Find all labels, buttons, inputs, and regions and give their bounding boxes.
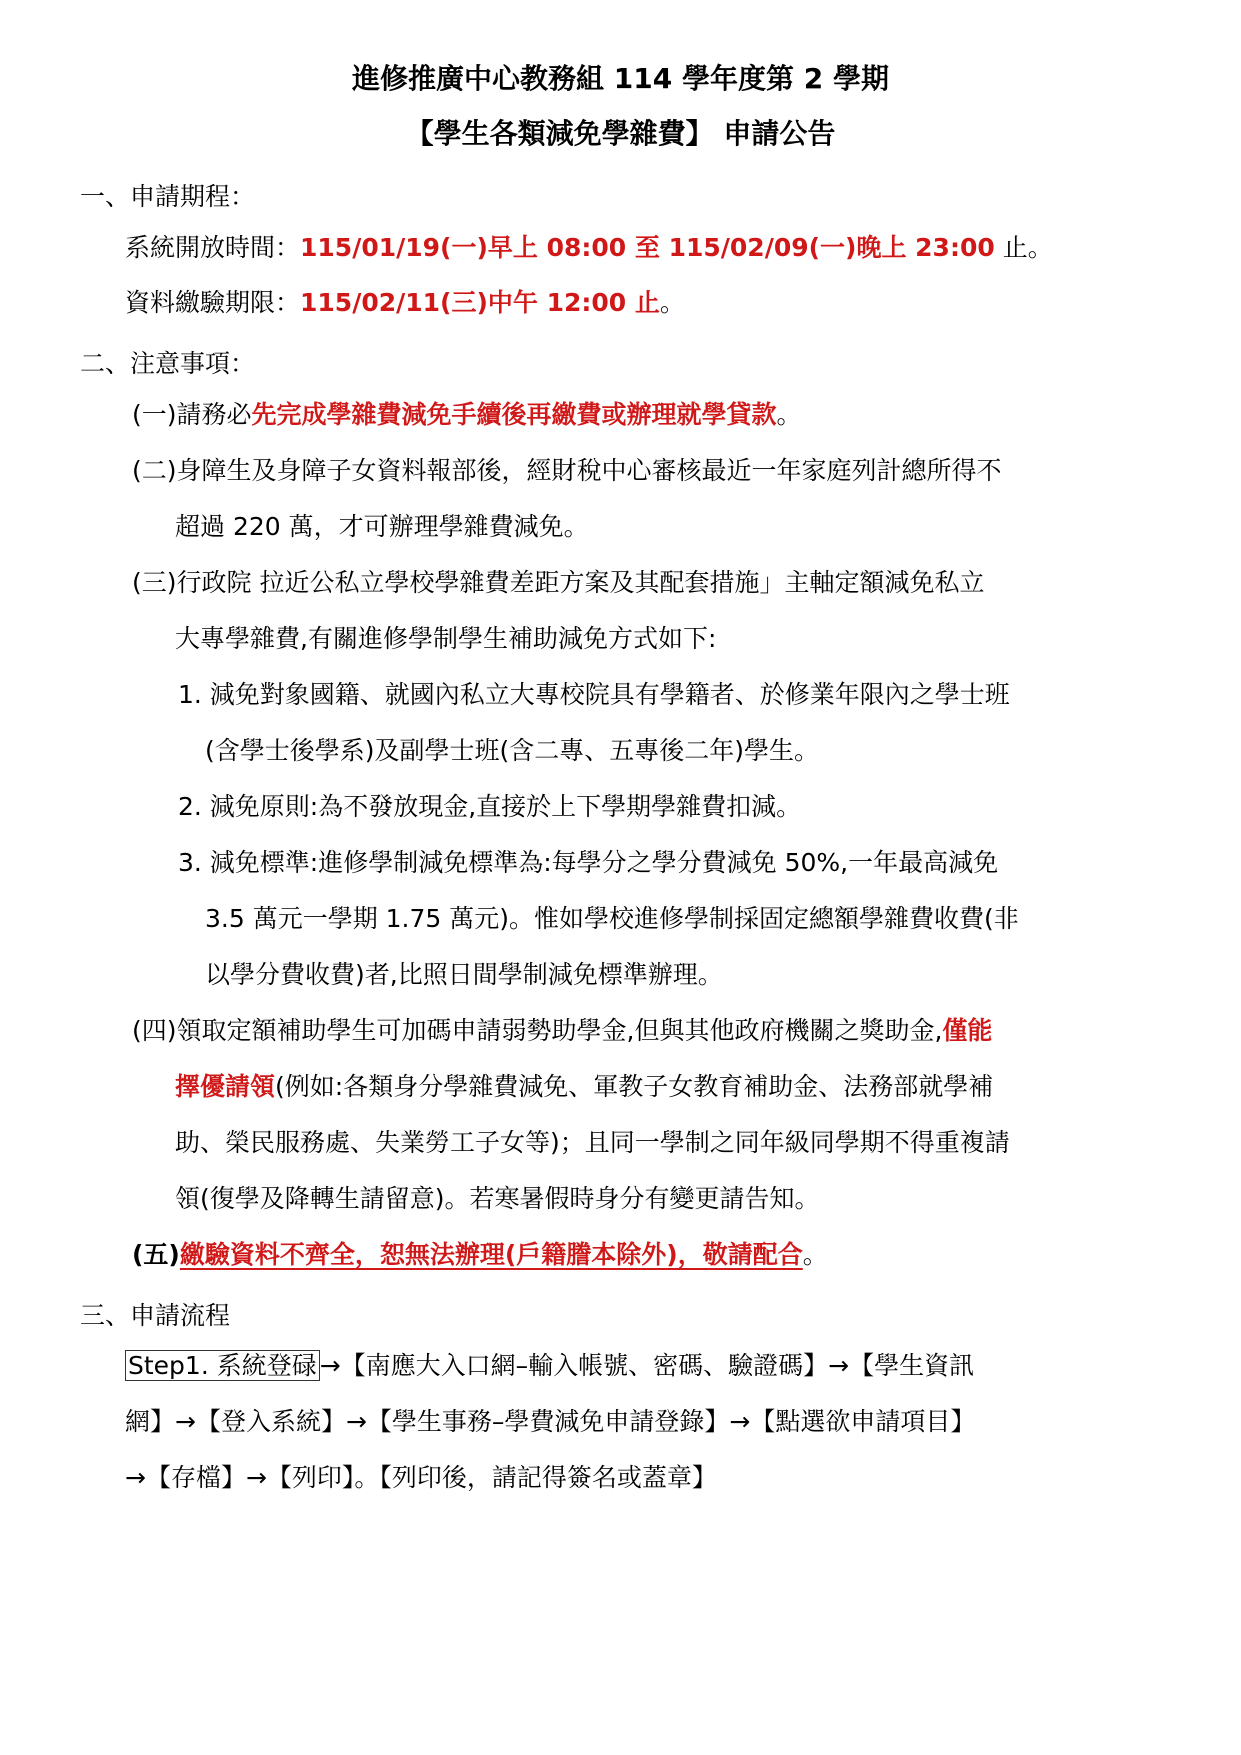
notice-item-2-line-1: (二)身障生及身障子女資料報部後，經財稅中心審核最近一年家庭列計總所得不 (132, 454, 1002, 488)
step1-line-2: 網】→【登入系統】→【學生事務–學費減免申請登錄】→【點選欲申請項目】 (125, 1405, 975, 1439)
document-deadline: 資料繳驗期限：115/02/11(三)中午 12:00 止。 (125, 286, 685, 320)
open-label: 系統開放時間： (125, 233, 300, 262)
deadline-value: 115/02/11(三)中午 12:00 止 (300, 288, 660, 317)
notice-item-3-line-1: (三)行政院 拉近公私立學校學雜費差距方案及其配套措施」主軸定額減免私立 (132, 566, 984, 600)
sub-item-1-line-2: (含學士後學系)及副學士班(含二專、五專後二年)學生。 (205, 734, 819, 768)
deadline-suffix: 。 (660, 288, 685, 317)
item5-prefix: (五) (132, 1240, 180, 1269)
notice-item-3-line-2: 大專學雜費,有關進修學制學生補助減免方式如下: (175, 622, 716, 656)
item4-prefix: (四)領取定額補助學生可加碼申請弱勢助學金,但與其他政府機關之獎助金, (132, 1016, 942, 1045)
section1-heading: 一、申請期程： (80, 180, 255, 214)
notice-item-2-line-2: 超過 220 萬，才可辦理學雜費減免。 (175, 510, 589, 544)
item5-emphasis: 繳驗資料不齊全，恕無法辦理(戶籍謄本除外)，敬請配合 (180, 1240, 803, 1269)
item4-emphasis-b: 擇優請領 (175, 1072, 275, 1101)
notice-item-1: (一)請務必先完成學雜費減免手續後再繳費或辦理就學貸款。 (132, 398, 802, 432)
sub-item-3-line-1: 3. 減免標準:進修學制減免標準為:每學分之學分費減免 50%,一年最高減免 (178, 846, 998, 880)
system-open-time: 系統開放時間：115/01/19(一)早上 08:00 至 115/02/09(… (125, 231, 1053, 265)
item1-suffix: 。 (777, 400, 802, 429)
deadline-label: 資料繳驗期限： (125, 288, 300, 317)
sub-item-2: 2. 減免原則:為不發放現金,直接於上下學期學雜費扣減。 (178, 790, 801, 824)
item5-suffix: 。 (803, 1240, 828, 1269)
notice-item-4-line-2: 擇優請領(例如:各類身分學雜費減免、軍教子女教育補助金、法務部就學補 (175, 1070, 993, 1104)
notice-item-4-line-3: 助、榮民服務處、失業勞工子女等)；且同一學制之同年級同學期不得重複請 (175, 1126, 1010, 1160)
sub-item-3-line-3: 以學分費收費)者,比照日間學制減免標準辦理。 (205, 958, 723, 992)
item4-emphasis-a: 僅能 (942, 1016, 992, 1045)
section3-heading: 三、申請流程 (80, 1299, 230, 1333)
notice-item-4-line-4: 領(復學及降轉生請留意)。若寒暑假時身分有變更請告知。 (175, 1182, 820, 1216)
item4-line2-rest: (例如:各類身分學雜費減免、軍教子女教育補助金、法務部就學補 (275, 1072, 993, 1101)
open-value: 115/01/19(一)早上 08:00 至 115/02/09(一)晚上 23… (300, 233, 995, 262)
notice-item-4-line-1: (四)領取定額補助學生可加碼申請弱勢助學金,但與其他政府機關之獎助金,僅能 (132, 1014, 992, 1048)
item1-emphasis: 先完成學雜費減免手續後再繳費或辦理就學貸款 (252, 400, 777, 429)
step1-line-3: →【存檔】→【列印】。【列印後，請記得簽名或蓋章】 (125, 1461, 717, 1495)
open-suffix: 止。 (995, 233, 1053, 262)
announcement-page: 進修推廣中心教務組 114 學年度第 2 學期 【學生各類減免學雜費】 申請公告… (0, 0, 1241, 1755)
title-line-1: 進修推廣中心教務組 114 學年度第 2 學期 (0, 62, 1241, 96)
notice-item-5: (五)繳驗資料不齊全，恕無法辦理(戶籍謄本除外)，敬請配合。 (132, 1238, 828, 1272)
step1-line-1: Step1. 系統登碌→【南應大入口網–輸入帳號、密碼、驗證碼】→【學生資訊 (125, 1349, 974, 1383)
title-line-2: 【學生各類減免學雜費】 申請公告 (0, 117, 1241, 151)
item1-prefix: (一)請務必 (132, 400, 252, 429)
step1-flow-a: →【南應大入口網–輸入帳號、密碼、驗證碼】→【學生資訊 (320, 1351, 974, 1380)
sub-item-3-line-2: 3.5 萬元一學期 1.75 萬元)。惟如學校進修學制採固定總額學雜費收費(非 (205, 902, 1019, 936)
section2-heading: 二、注意事項： (80, 347, 255, 381)
step1-label-box: Step1. 系統登碌 (125, 1350, 320, 1381)
sub-item-1-line-1: 1. 減免對象國籍、就國內私立大專校院具有學籍者、於修業年限內之學士班 (178, 678, 1010, 712)
